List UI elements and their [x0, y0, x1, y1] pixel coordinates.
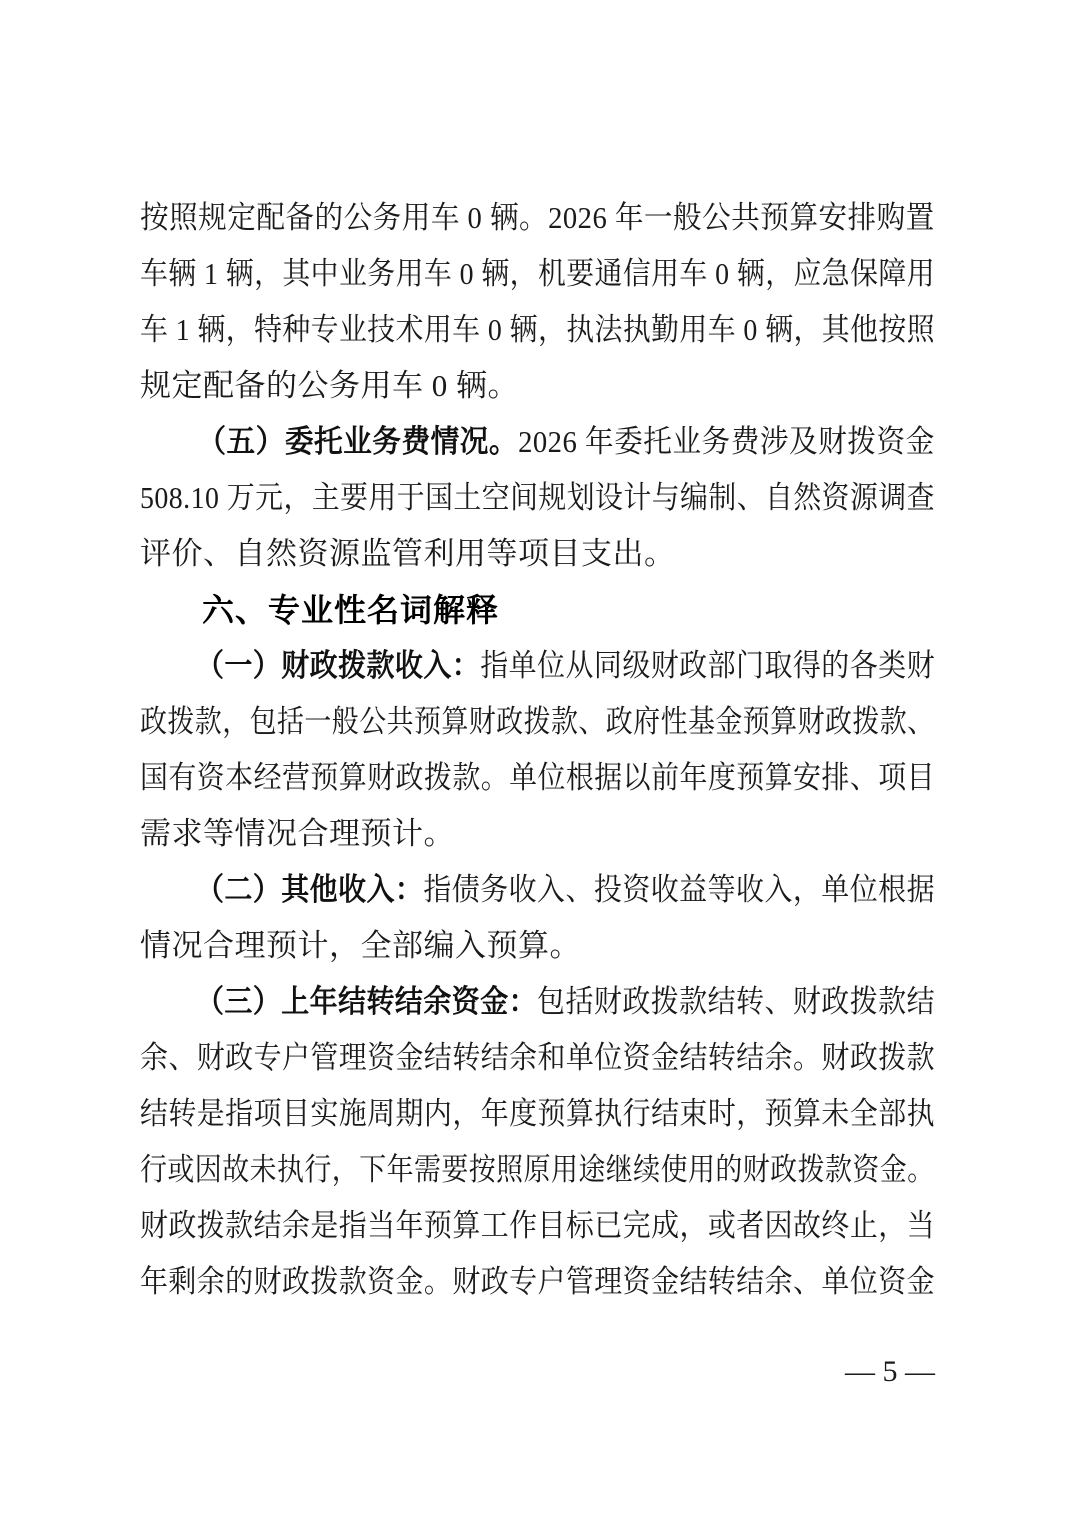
text-line: （三）上年结转结余资金：包括财政拨款结转、财政拨款结 — [140, 974, 857, 1030]
text-line: （五）委托业务费情况。2026 年委托业务费涉及财拨资金 — [140, 414, 876, 470]
text-line: 行或因故未执行，下年需要按照原用途继续使用的财政拨款资金。 — [140, 1142, 831, 1198]
text-line: 规定配备的公务用车 0 辆。 — [140, 358, 935, 414]
text-line: 情况合理预计，全部编入预算。 — [140, 918, 935, 974]
emphasis-run: （三）上年结转结余资金： — [196, 984, 537, 1019]
text-line: 508.10 万元，主要用于国土空间规划设计与编制、自然资源调查 — [140, 470, 855, 526]
text-line: 财政拨款结余是指当年预算工作目标已完成，或者因故终止，当 — [140, 1198, 857, 1254]
text-line: 余、财政专户管理资金结转结余和单位资金结转结余。财政拨款 — [140, 1030, 857, 1086]
text-line: 需求等情况合理预计。 — [140, 806, 935, 862]
text-line: 年剩余的财政拨款资金。财政专户管理资金结转结余、单位资金 — [140, 1254, 857, 1310]
document-text: 按照规定配备的公务用车 0 辆。2026 年一般公共预算安排购置车辆 1 辆，其… — [140, 190, 935, 1310]
text-line: 评价、自然资源监管利用等项目支出。 — [140, 526, 935, 582]
emphasis-run: （五）委托业务费情况。 — [197, 424, 518, 459]
text-run: 包括财政拨款结转、财政拨款结 — [537, 984, 935, 1019]
text-run: 指单位从同级财政部门取得的各类财 — [480, 648, 935, 683]
text-line: 政拨款，包括一般公共预算财政拨款、政府性基金预算财政拨款、 — [140, 694, 831, 750]
text-line: 车 1 辆，特种专业技术用车 0 辆，执法执勤用车 0 辆，其他按照 — [140, 302, 854, 358]
text-line: 按照规定配备的公务用车 0 辆。2026 年一般公共预算安排购置 — [140, 190, 874, 246]
text-line: （二）其他收入：指债务收入、投资收益等收入，单位根据 — [140, 862, 857, 918]
text-line: 车辆 1 辆，其中业务用车 0 辆，机要通信用车 0 辆，应急保障用 — [140, 246, 854, 302]
text-line: 结转是指项目实施周期内，年度预算执行结束时，预算未全部执 — [140, 1086, 857, 1142]
text-line: （一）财政拨款收入：指单位从同级财政部门取得的各类财 — [140, 638, 857, 694]
emphasis-run: （一）财政拨款收入： — [196, 648, 480, 683]
section-heading: 六、专业性名词解释 — [140, 582, 935, 638]
emphasis-run: （二）其他收入： — [196, 872, 423, 907]
text-run: 2026 年委托业务费涉及财拨资金 — [518, 424, 935, 459]
text-line: 国有资本经营预算财政拨款。单位根据以前年度预算安排、项目 — [140, 750, 857, 806]
text-run: 指债务收入、投资收益等收入，单位根据 — [423, 872, 935, 907]
document-page: 按照规定配备的公务用车 0 辆。2026 年一般公共预算安排购置车辆 1 辆，其… — [0, 0, 1074, 1520]
page-number: — 5 — — [845, 1352, 935, 1392]
